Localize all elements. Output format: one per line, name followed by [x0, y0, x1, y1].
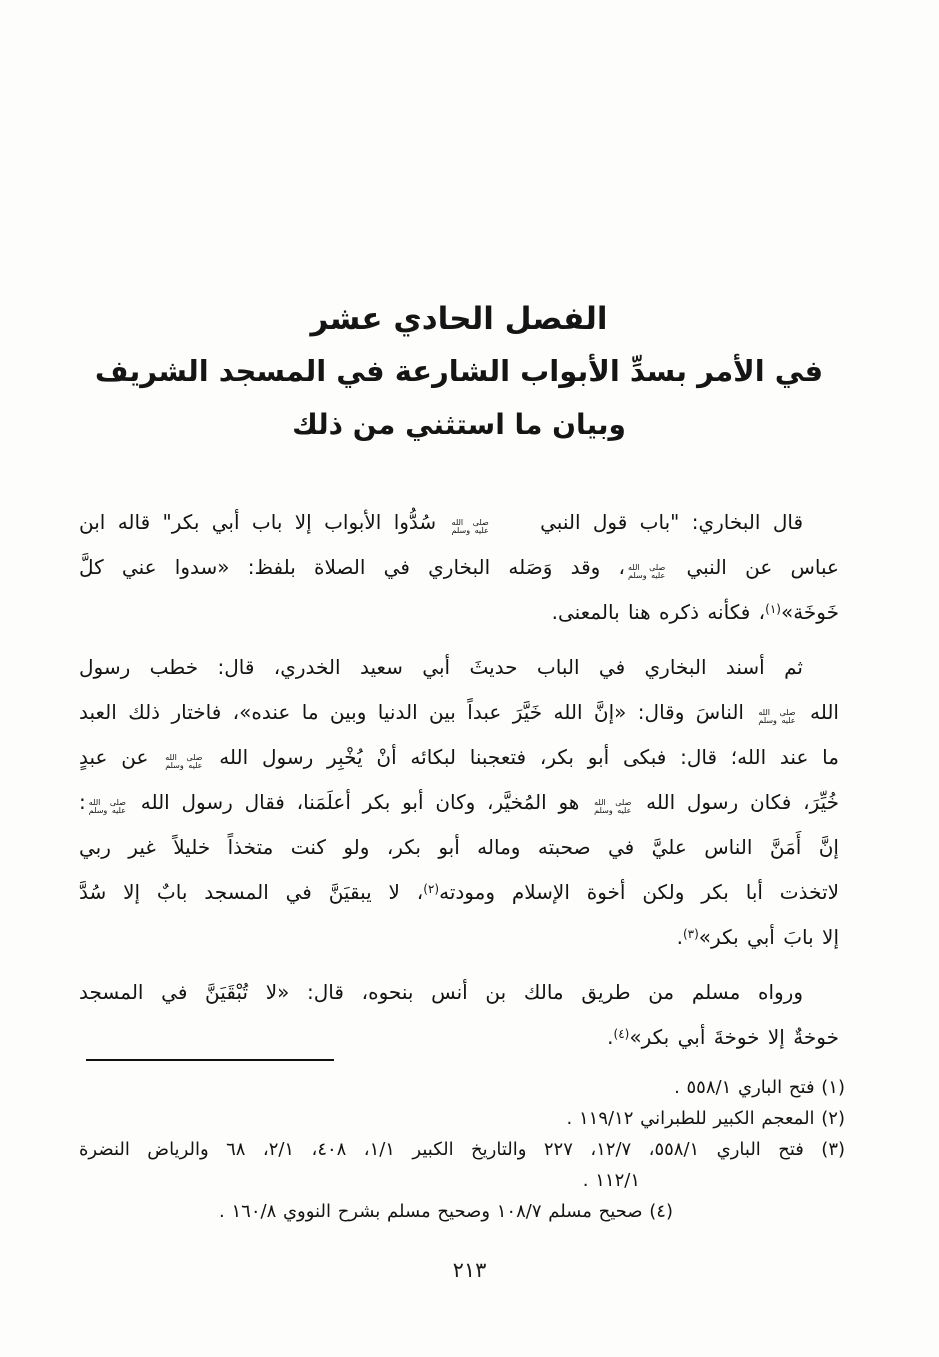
- text-line: ورواه مسلم من طريق مالك بن أنس بنحوه، قا…: [79, 970, 839, 1015]
- pbuh-symbol: صلى اللهعليه وسلم: [758, 709, 795, 726]
- footnote-4: (٤) صحيح مسلم ١٠٨/٧ وصحيح مسلم بشرح النو…: [79, 1196, 845, 1227]
- footnote-3-continuation: ١١٢/١ .: [79, 1165, 845, 1196]
- text-line: قال البخاري: "باب قول النبي صلى اللهعليه…: [79, 500, 839, 545]
- text-line: إلا بابَ أبي بكر»(٣).: [79, 915, 839, 960]
- chapter-title-line-2: في الأمر بسدِّ الأبواب الشارعة في المسجد…: [79, 354, 839, 388]
- pbuh-symbol: صلى اللهعليه وسلم: [628, 564, 665, 581]
- text-line: إنَّ أَمَنَّ الناس عليَّ في صحبته وماله …: [79, 825, 839, 870]
- paragraph-1: قال البخاري: "باب قول النبي صلى اللهعليه…: [79, 500, 839, 635]
- text-line: لاتخذت أبا بكر ولكن أخوة الإسلام ومودته(…: [79, 870, 839, 915]
- paragraph-2: ثم أسند البخاري في الباب حديثَ أبي سعيد …: [79, 645, 839, 960]
- chapter-title-line-3: وبيان ما استثني من ذلك: [79, 408, 839, 441]
- footnote-2: (٢) المعجم الكبير للطبراني ١١٩/١٢ .: [79, 1103, 845, 1134]
- text-line: عباس عن النبي صلى اللهعليه وسلم، وقد وَص…: [79, 545, 839, 590]
- paragraph-3: ورواه مسلم من طريق مالك بن أنس بنحوه، قا…: [79, 970, 839, 1060]
- pbuh-symbol: صلى اللهعليه وسلم: [452, 519, 525, 536]
- book-page: الفصل الحادي عشر في الأمر بسدِّ الأبواب …: [0, 0, 939, 1357]
- pbuh-symbol: صلى اللهعليه وسلم: [594, 799, 631, 816]
- footnotes: (١) فتح الباري ٥٥٨/١ . (٢) المعجم الكبير…: [79, 1072, 845, 1227]
- page-number: ٢١٣: [0, 1258, 939, 1282]
- footnote-separator: [86, 1059, 334, 1061]
- text-line: خَوخَة»(١)، فكأنه ذكره هنا بالمعنى.: [79, 590, 839, 635]
- chapter-title-line-1: الفصل الحادي عشر: [79, 301, 839, 337]
- body-text: قال البخاري: "باب قول النبي صلى اللهعليه…: [79, 500, 839, 1070]
- footnote-1: (١) فتح الباري ٥٥٨/١ .: [79, 1072, 845, 1103]
- footnote-3: (٣) فتح الباري ٥٥٨/١، ١٢/٧، ٢٢٧ والتاريخ…: [79, 1134, 845, 1165]
- text-line: خُيِّرَ، فكان رسول الله صلى اللهعليه وسل…: [79, 780, 839, 825]
- text-line: ما عند الله؛ قال: فبكى أبو بكر، فتعجبنا …: [79, 735, 839, 780]
- text-line: خوخةٌ إلا خوخةَ أبي بكر»(٤).: [191, 1015, 839, 1060]
- text-line: ثم أسند البخاري في الباب حديثَ أبي سعيد …: [79, 645, 839, 690]
- pbuh-symbol: صلى اللهعليه وسلم: [165, 754, 202, 771]
- pbuh-symbol: صلى اللهعليه وسلم: [89, 799, 126, 816]
- text-line: الله صلى اللهعليه وسلم الناسَ وقال: «إنَ…: [79, 690, 839, 735]
